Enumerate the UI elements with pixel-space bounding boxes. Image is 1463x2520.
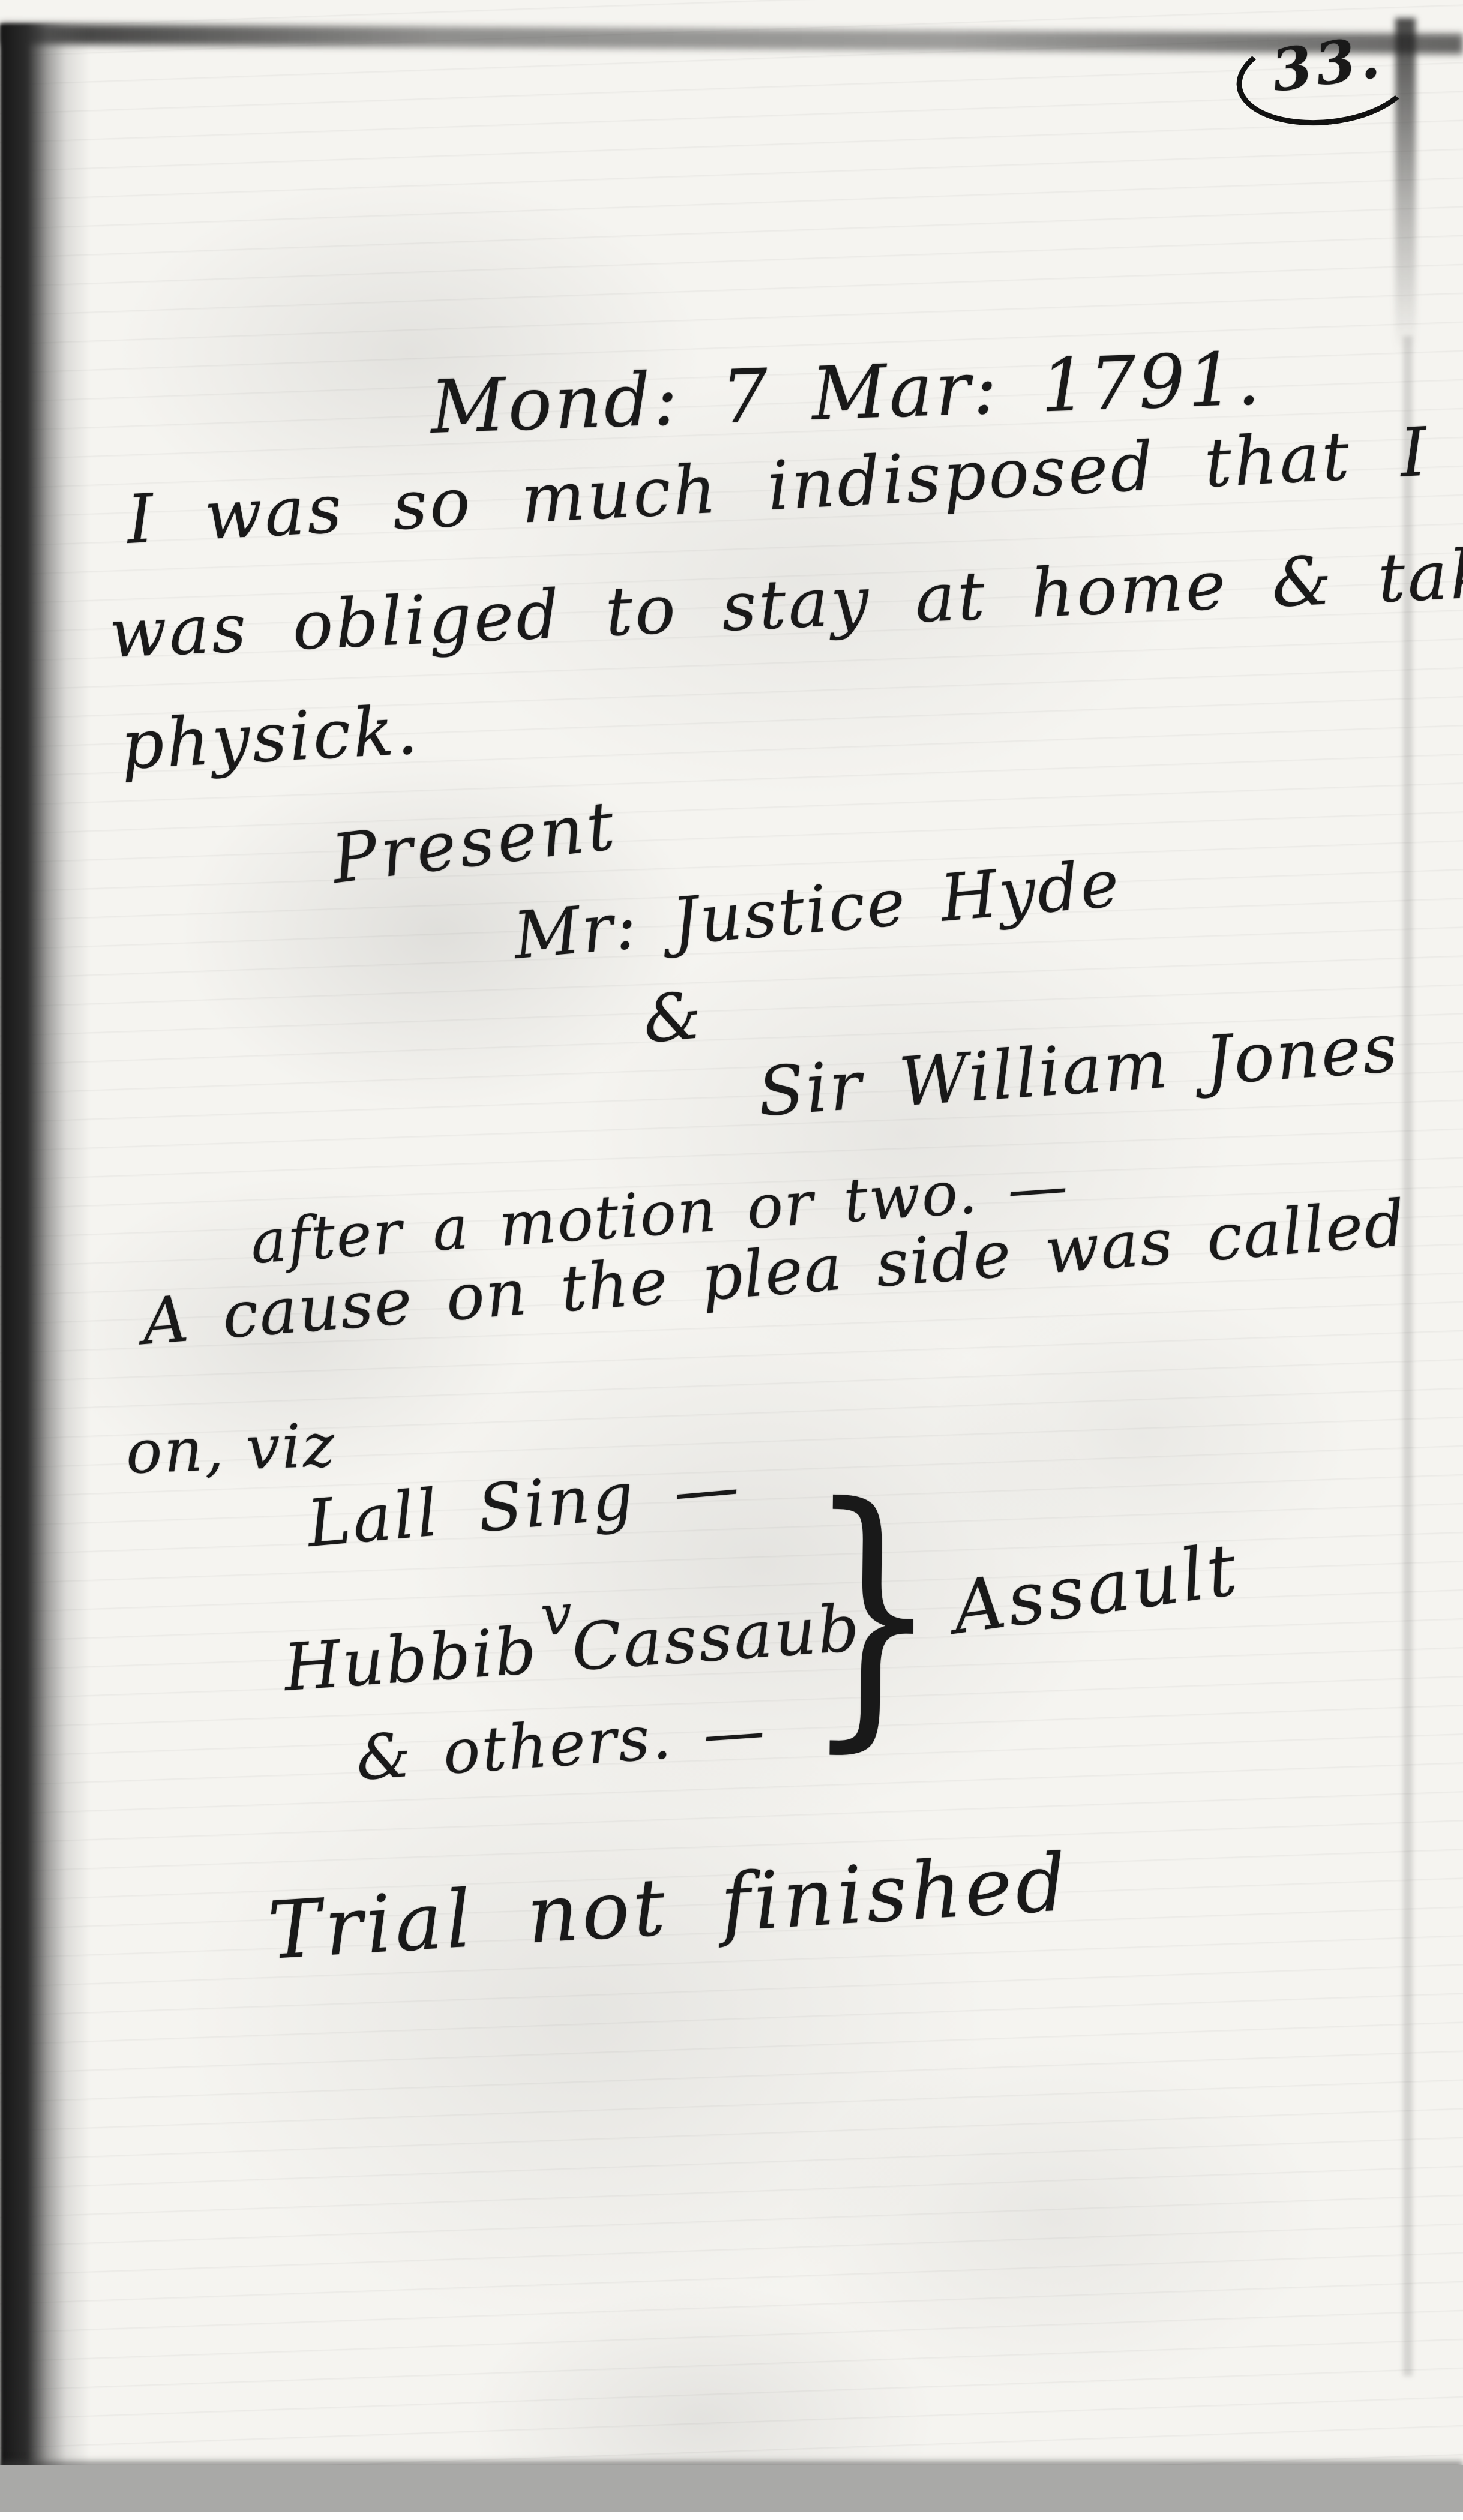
scan-bottom-margin bbox=[0, 2512, 1463, 2520]
ampersand: & bbox=[640, 978, 704, 1058]
proceedings-line-3: on, viz bbox=[125, 1410, 337, 1487]
case-brace: } bbox=[803, 1449, 942, 1777]
binding-gutter-shadow bbox=[0, 24, 90, 2484]
diary-paragraph-line-3: physick. bbox=[119, 691, 422, 785]
page-bottom-edge bbox=[0, 2465, 1463, 2512]
page-right-edge-line bbox=[1403, 336, 1413, 2376]
manuscript-scan: 33. Mond: 7 Mar: 1791. I was so much ind… bbox=[0, 0, 1463, 2520]
